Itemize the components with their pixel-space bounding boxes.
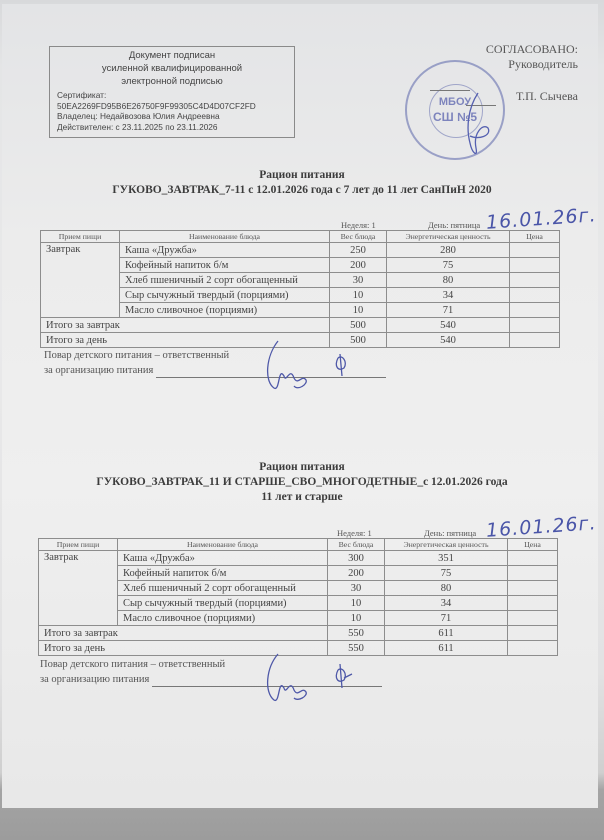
- dish-energy: 80: [387, 273, 510, 288]
- certificate-owner: Владелец: Недайвозова Юлия Андреевна: [57, 111, 294, 122]
- header-dish: Наименование блюда: [118, 539, 328, 551]
- dish-price: [510, 288, 560, 303]
- menu-1-table: Прием пищи Наименование блюда Вес блюда …: [40, 230, 560, 348]
- dish-name: Хлеб пшеничный 2 сорт обогащенный: [118, 581, 328, 596]
- signature-line-2: усиленной квалифицированной: [50, 62, 294, 75]
- menu-1-subtitle: ГУКОВО_ЗАВТРАК_7-11 с 12.01.2026 года с …: [0, 183, 604, 198]
- dish-weight: 10: [328, 596, 385, 611]
- director-signature-icon: [448, 88, 498, 163]
- footer-line-2: за организацию питания: [44, 365, 153, 376]
- dish-energy: 34: [387, 288, 510, 303]
- total-breakfast-energy: 540: [387, 318, 510, 333]
- dish-weight: 200: [328, 566, 385, 581]
- dish-energy: 71: [385, 611, 508, 626]
- dish-price: [508, 581, 558, 596]
- menu-1-week: Неделя: 1: [341, 220, 376, 230]
- dish-weight: 250: [330, 243, 387, 258]
- dish-energy: 351: [385, 551, 508, 566]
- header-energy: Энергетическая ценность: [385, 539, 508, 551]
- certificate-label: Сертификат:: [57, 90, 294, 101]
- dish-price: [508, 551, 558, 566]
- dish-name: Хлеб пшеничный 2 сорт обогащенный: [120, 273, 330, 288]
- dish-weight: 30: [330, 273, 387, 288]
- menu-2-subtitle: ГУКОВО_ЗАВТРАК_11 И СТАРШЕ_СВО_МНОГОДЕТН…: [0, 475, 604, 490]
- dish-weight: 200: [330, 258, 387, 273]
- approval-heading: СОГЛАСОВАНО:: [470, 42, 578, 57]
- electronic-signature-box: Документ подписан усиленной квалифициров…: [49, 46, 295, 138]
- menu-1-title: Рацион питания: [0, 168, 604, 183]
- menu-2-subtitle-2: 11 лет и старше: [0, 490, 604, 505]
- header-energy: Энергетическая ценность: [387, 231, 510, 243]
- cook-signature-icon: [258, 650, 378, 710]
- dish-energy: 75: [387, 258, 510, 273]
- dish-name: Каша «Дружба»: [120, 243, 330, 258]
- header-weight: Вес блюда: [328, 539, 385, 551]
- total-breakfast-row: Итого за завтрак 550 611: [39, 626, 558, 641]
- table-row: Завтрак Каша «Дружба» 300 351: [39, 551, 558, 566]
- dish-energy: 280: [387, 243, 510, 258]
- dish-price: [510, 243, 560, 258]
- dish-weight: 300: [328, 551, 385, 566]
- meal-name: Завтрак: [41, 243, 120, 318]
- dish-name: Кофейный напиток б/м: [118, 566, 328, 581]
- menu-2-day: День: пятница: [424, 528, 476, 538]
- dish-energy: 34: [385, 596, 508, 611]
- header-price: Цена: [508, 539, 558, 551]
- total-breakfast-weight: 550: [328, 626, 385, 641]
- total-breakfast-row: Итого за завтрак 500 540: [41, 318, 560, 333]
- meal-name: Завтрак: [39, 551, 118, 626]
- dish-name: Сыр сычужный твердый (порциями): [118, 596, 328, 611]
- total-day-energy: 540: [387, 333, 510, 348]
- dish-weight: 10: [328, 611, 385, 626]
- dish-energy: 75: [385, 566, 508, 581]
- dish-name: Каша «Дружба»: [118, 551, 328, 566]
- header-meal: Прием пищи: [41, 231, 120, 243]
- menu-2-title: Рацион питания: [0, 460, 604, 475]
- dish-price: [508, 596, 558, 611]
- footer-line-2: за организацию питания: [40, 674, 149, 685]
- dish-price: [510, 258, 560, 273]
- dish-energy: 80: [385, 581, 508, 596]
- total-breakfast-weight: 500: [330, 318, 387, 333]
- menu-2-week: Неделя: 1: [337, 528, 372, 538]
- total-breakfast-label: Итого за завтрак: [39, 626, 328, 641]
- dish-weight: 10: [330, 303, 387, 318]
- dish-price: [510, 303, 560, 318]
- certificate-validity: Действителен: с 23.11.2025 по 23.11.2026: [57, 122, 294, 133]
- dish-price: [508, 566, 558, 581]
- cook-signature-icon: [258, 336, 378, 396]
- table-row: Завтрак Каша «Дружба» 250 280: [41, 243, 560, 258]
- header-dish: Наименование блюда: [120, 231, 330, 243]
- total-breakfast-energy: 611: [385, 626, 508, 641]
- header-weight: Вес блюда: [330, 231, 387, 243]
- dish-name: Масло сливочное (порциями): [120, 303, 330, 318]
- dish-name: Сыр сычужный твердый (порциями): [120, 288, 330, 303]
- total-day-energy: 611: [385, 641, 508, 656]
- table-header-row: Прием пищи Наименование блюда Вес блюда …: [41, 231, 560, 243]
- certificate-number: 50EA2269FD95B6E26750F9F99305C4D4D07CF2FD: [57, 101, 294, 112]
- dish-name: Масло сливочное (порциями): [118, 611, 328, 626]
- dish-price: [510, 273, 560, 288]
- dish-energy: 71: [387, 303, 510, 318]
- dish-name: Кофейный напиток б/м: [120, 258, 330, 273]
- dish-weight: 30: [328, 581, 385, 596]
- approval-role: Руководитель: [470, 57, 578, 72]
- signature-line-1: Документ подписан: [50, 49, 294, 62]
- signature-line-3: электронной подписью: [50, 75, 294, 88]
- header-meal: Прием пищи: [39, 539, 118, 551]
- table-header-row: Прием пищи Наименование блюда Вес блюда …: [39, 539, 558, 551]
- header-price: Цена: [510, 231, 560, 243]
- dish-weight: 10: [330, 288, 387, 303]
- menu-1-day: День: пятница: [428, 220, 480, 230]
- menu-2-table: Прием пищи Наименование блюда Вес блюда …: [38, 538, 558, 656]
- total-breakfast-label: Итого за завтрак: [41, 318, 330, 333]
- dish-price: [508, 611, 558, 626]
